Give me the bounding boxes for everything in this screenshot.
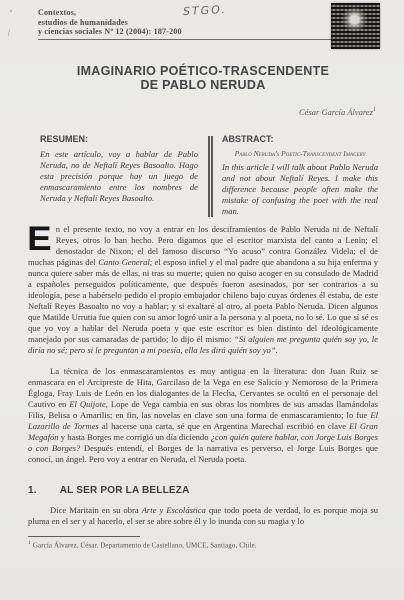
- resumen-text: En este artículo, voy a hablar de Pablo …: [40, 149, 198, 204]
- journal-subtitle: estudios de humanidades: [38, 18, 334, 28]
- footnote-divider: [28, 536, 140, 537]
- paragraph-2: La técnica de los enmascaramientos es mu…: [28, 366, 378, 465]
- resumen-column: RESUMEN: En este artículo, voy a hablar …: [40, 134, 198, 218]
- footnote-text: García Álvarez, César. Departamento de C…: [33, 541, 257, 549]
- author-footnote-ref: 1: [373, 107, 376, 113]
- journal-issue-pages: y ciencias sociales Nº 12 (2004): 187-20…: [38, 27, 334, 37]
- pen-mark: ⁄: [6, 28, 11, 38]
- article-title: IMAGINARIO POÉTICO-TRASCENDENTE DE PABLO…: [28, 64, 378, 93]
- paragraph-1: En el presente texto, no voy a entrar en…: [28, 224, 378, 356]
- footnote: 1García Álvarez, César. Departamento de …: [28, 540, 378, 549]
- article-title-line2: DE PABLO NERUDA: [140, 78, 265, 92]
- paragraph-1-text: n el presente texto, no voy a entrar en …: [28, 224, 378, 355]
- abstract-heading: ABSTRACT:: [222, 134, 378, 144]
- scanned-paper-page: ’ ⁄ Contextos, estudios de humanidades y…: [0, 0, 404, 600]
- section-1-number: 1.: [28, 485, 37, 496]
- section-1-heading: 1. AL SER POR LA BELLEZA: [28, 485, 378, 496]
- pen-mark: ’: [8, 8, 13, 18]
- abstract-english-title: Pablo Neruda's Poetic-Transcendent Image…: [226, 149, 374, 159]
- abstract-section: RESUMEN: En este artículo, voy a hablar …: [40, 134, 378, 218]
- author-byline: César García Álvarez1: [28, 107, 378, 117]
- handwritten-annotation: STGO.: [183, 3, 228, 18]
- article-title-line1: IMAGINARIO POÉTICO-TRASCENDENTE: [77, 64, 329, 78]
- library-stamp: [331, 3, 380, 49]
- article-body: En el presente texto, no voy a entrar en…: [28, 224, 378, 527]
- abstract-column: ABSTRACT: Pablo Neruda's Poetic-Transcen…: [222, 134, 378, 218]
- column-divider: [208, 136, 213, 218]
- footnote-marker: 1: [28, 540, 31, 546]
- author-name: César García Álvarez: [299, 107, 373, 117]
- resumen-heading: RESUMEN:: [40, 134, 198, 144]
- drop-cap: E: [27, 226, 52, 253]
- abstract-text: In this article I will talk about Pablo …: [222, 162, 378, 217]
- section-1-title: AL SER POR LA BELLEZA: [60, 485, 190, 496]
- paragraph-3: Dice Maritain en su obra Arte y Escolást…: [28, 505, 378, 527]
